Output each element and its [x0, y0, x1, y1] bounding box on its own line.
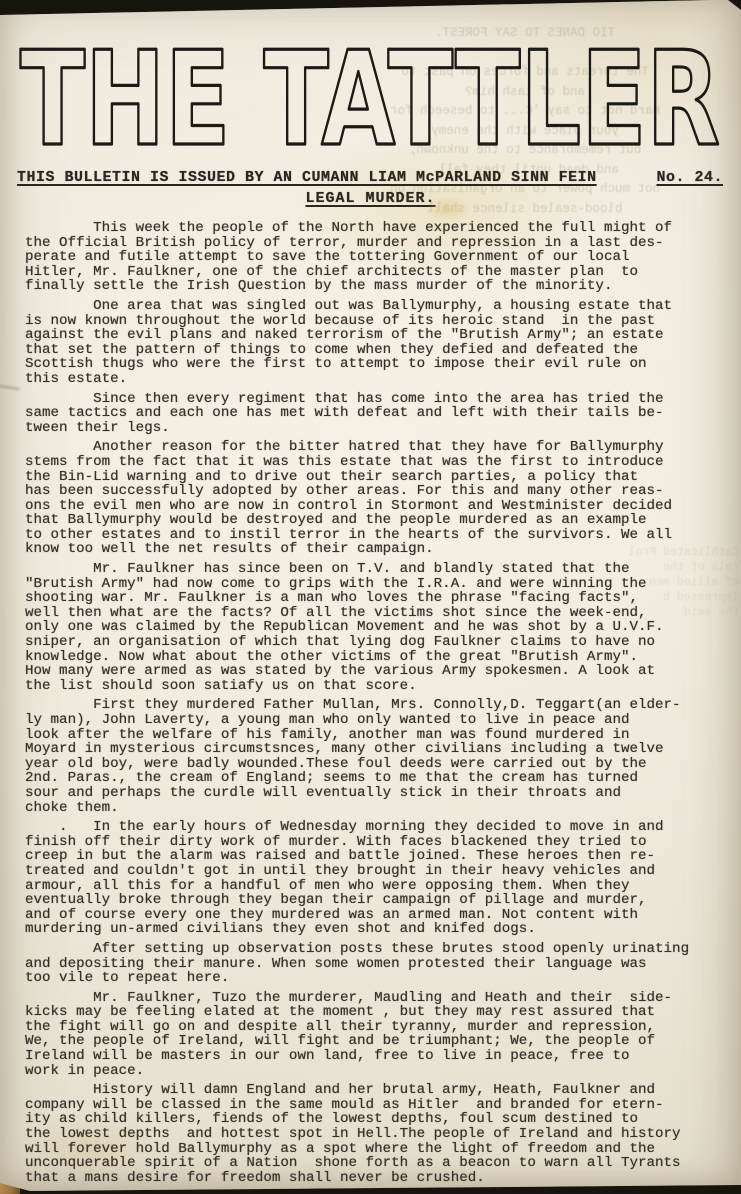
paragraph: Mr. Faulkner has since been on T.V. and … — [25, 562, 731, 693]
bulletin-page: TIO DANES TO SAY FOREST. The threats and… — [0, 0, 741, 1194]
paragraph: First they murdered Father Mullan, Mrs. … — [25, 698, 731, 815]
paper-crease — [0, 384, 20, 390]
issue-row: THIS BULLETIN IS ISSUED BY AN CUMANN LIA… — [17, 168, 723, 188]
headline: LEGAL MURDER. — [0, 190, 741, 207]
paper-stain — [425, 196, 471, 222]
paragraph: Mr. Faulkner, Tuzo the murderer, Maudlin… — [25, 991, 731, 1079]
paragraph: History will damn England and her brutal… — [25, 1083, 731, 1185]
issue-line: THIS BULLETIN IS ISSUED BY AN CUMANN LIA… — [17, 168, 597, 188]
paragraph: Another reason for the bitter hatred tha… — [25, 440, 731, 557]
paragraph: . In the early hours of Wednesday mornin… — [25, 820, 731, 937]
masthead-title: THE TATTLER — [20, 32, 720, 172]
paragraph: One area that was singled out was Ballym… — [25, 299, 731, 387]
issue-number: No. 24. — [656, 168, 723, 188]
masthead-logo: THE TATTLER — [10, 32, 731, 172]
paragraph: This week the people of the North have e… — [25, 221, 731, 294]
article-body: This week the people of the North have e… — [25, 221, 731, 1185]
paragraph: Since then every regiment that has come … — [25, 392, 731, 436]
paragraph: After setting up observation posts these… — [25, 942, 731, 986]
